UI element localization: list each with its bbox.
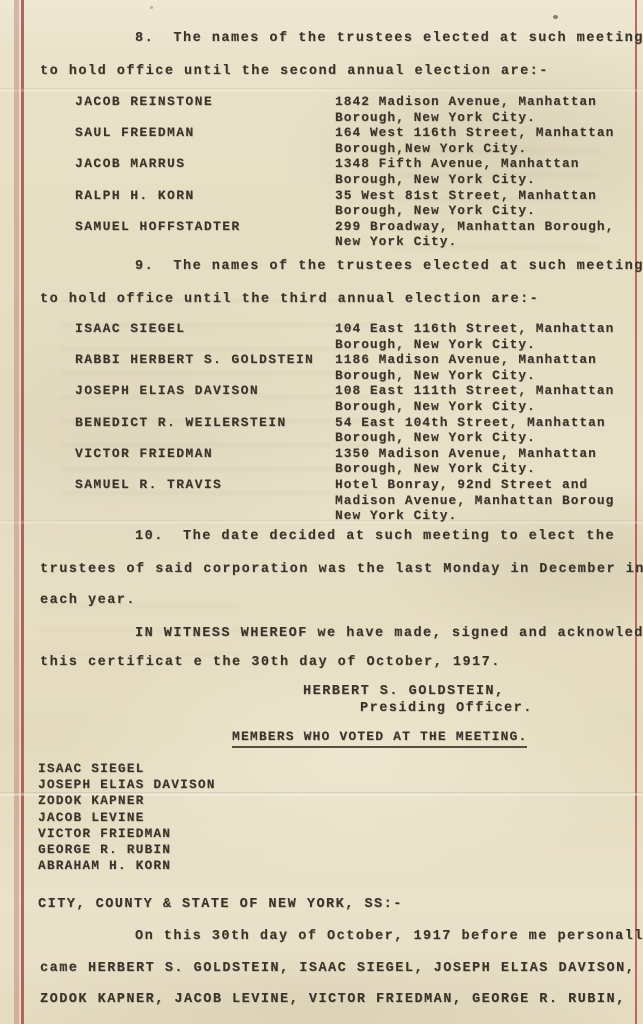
item-8-line-2: to hold office until the second annual e…	[40, 64, 549, 79]
trustee-name: BENEDICT R. WEILERSTEIN	[75, 415, 287, 430]
trustee-row: VICTOR FRIEDMAN 1350 Madison Avenue, Man…	[75, 446, 620, 477]
item-10-line-2: trustees of said corporation was the las…	[40, 562, 643, 577]
member-name: JOSEPH ELIAS DAVISON	[38, 777, 216, 793]
item-9-line-1: 9. The names of the trustees elected at …	[135, 259, 643, 274]
notary-line-2: came HERBERT S. GOLDSTEIN, ISAAC SIEGEL,…	[40, 961, 635, 976]
address-line: Borough, New York City.	[335, 461, 620, 477]
notary-line-1: On this 30th day of October, 1917 before…	[135, 929, 643, 944]
trustee-name: SAMUEL HOFFSTADTER	[75, 219, 241, 234]
address-line: Madison Avenue, Manhattan Boroug	[335, 493, 620, 509]
member-name: ABRAHAM H. KORN	[38, 858, 216, 874]
trustee-name: RALPH H. KORN	[75, 188, 195, 203]
trustee-address: 299 Broadway, Manhattan Borough,New York…	[335, 219, 620, 250]
ink-speck	[553, 15, 558, 19]
address-line: Hotel Bonray, 92nd Street and	[335, 477, 620, 493]
item-8-line-1: 8. The names of the trustees elected at …	[135, 31, 643, 46]
trustee-name: VICTOR FRIEDMAN	[75, 446, 213, 461]
trustee-address: 54 East 104th Street, ManhattanBorough, …	[335, 415, 620, 446]
trustee-name: RABBI HERBERT S. GOLDSTEIN	[75, 352, 314, 367]
member-name: JACOB LEVINE	[38, 810, 216, 826]
item-8-text: The names of the trustees elected at suc…	[173, 31, 643, 46]
trustee-row: ISAAC SIEGEL 104 East 116th Street, Manh…	[75, 321, 620, 352]
witness-line-1: IN WITNESS WHEREOF we have made, signed …	[135, 626, 643, 641]
item-10-gap	[164, 529, 183, 544]
notary-line-3: ZODOK KAPNER, JACOB LEVINE, VICTOR FRIED…	[40, 992, 626, 1007]
item-8-number: 8.	[135, 31, 154, 46]
trustee-address: 108 East 111th Street, ManhattanBorough,…	[335, 383, 620, 414]
trustee-row: JOSEPH ELIAS DAVISON 108 East 111th Stre…	[75, 383, 620, 414]
trustee-address: 1350 Madison Avenue, ManhattanBorough, N…	[335, 446, 620, 477]
address-line: Borough, New York City.	[335, 203, 620, 219]
address-line: 1842 Madison Avenue, Manhattan	[335, 94, 620, 110]
trustee-address: 1348 Fifth Avenue, ManhattanBorough, New…	[335, 156, 620, 187]
address-line: Borough, New York City.	[335, 337, 620, 353]
item-10-number: 10.	[135, 529, 164, 544]
signature-name: HERBERT S. GOLDSTEIN,	[303, 684, 505, 699]
item-10-text: The date decided at such meeting to elec…	[183, 529, 615, 544]
trustee-name: SAUL FREEDMAN	[75, 125, 195, 140]
member-name: VICTOR FRIEDMAN	[38, 826, 216, 842]
address-line: 1348 Fifth Avenue, Manhattan	[335, 156, 620, 172]
signature-title: Presiding Officer.	[360, 701, 533, 716]
trustee-address: 1186 Madison Avenue, ManhattanBorough, N…	[335, 352, 620, 383]
right-margin-rule	[635, 0, 637, 1024]
trustee-row: SAMUEL R. TRAVIS Hotel Bonray, 92nd Stre…	[75, 477, 620, 524]
address-line: New York City.	[335, 234, 620, 250]
address-line: Borough, New York City.	[335, 399, 620, 415]
ink-speck	[150, 6, 153, 9]
trustee-row: JACOB REINSTONE 1842 Madison Avenue, Man…	[75, 94, 620, 125]
address-line: Borough, New York City.	[335, 172, 620, 188]
left-margin-rule-inner	[21, 0, 24, 1024]
item-8-gap	[154, 31, 173, 46]
trustee-address: 104 East 116th Street, ManhattanBorough,…	[335, 321, 620, 352]
address-line: 104 East 116th Street, Manhattan	[335, 321, 620, 337]
trustee-row: JACOB MARRUS 1348 Fifth Avenue, Manhatta…	[75, 156, 620, 187]
trustee-address: 1842 Madison Avenue, ManhattanBorough, N…	[335, 94, 620, 125]
members-heading: MEMBERS WHO VOTED AT THE MEETING.	[232, 729, 527, 748]
address-line: Borough, New York City.	[335, 110, 620, 126]
trustee-row: SAUL FREEDMAN 164 West 116th Street, Man…	[75, 125, 620, 156]
trustee-name: ISAAC SIEGEL	[75, 321, 185, 336]
address-line: New York City.	[335, 508, 620, 524]
member-name: ZODOK KAPNER	[38, 793, 216, 809]
trustee-address: Hotel Bonray, 92nd Street andMadison Ave…	[335, 477, 620, 524]
trustee-name: JACOB MARRUS	[75, 156, 185, 171]
trustee-address: 35 West 81st Street, ManhattanBorough, N…	[335, 188, 620, 219]
trustees-third-election-list: ISAAC SIEGEL 104 East 116th Street, Manh…	[75, 321, 620, 524]
address-line: Borough,New York City.	[335, 141, 620, 157]
item-9-number: 9.	[135, 259, 154, 274]
address-line: 1350 Madison Avenue, Manhattan	[335, 446, 620, 462]
item-10-line-1: 10. The date decided at such meeting to …	[135, 529, 615, 544]
trustee-row: RABBI HERBERT S. GOLDSTEIN 1186 Madison …	[75, 352, 620, 383]
notary-venue: CITY, COUNTY & STATE OF NEW YORK, SS:-	[38, 897, 403, 912]
trustee-row: RALPH H. KORN 35 West 81st Street, Manha…	[75, 188, 620, 219]
item-9-line-2: to hold office until the third annual el…	[40, 292, 539, 307]
address-line: Borough, New York City.	[335, 430, 620, 446]
member-name: ISAAC SIEGEL	[38, 761, 216, 777]
paper-crease	[0, 88, 643, 92]
member-name: GEORGE R. RUBIN	[38, 842, 216, 858]
address-line: 108 East 111th Street, Manhattan	[335, 383, 620, 399]
trustee-row: SAMUEL HOFFSTADTER 299 Broadway, Manhatt…	[75, 219, 620, 250]
members-list: ISAAC SIEGEL JOSEPH ELIAS DAVISON ZODOK …	[38, 761, 216, 874]
left-margin-rule-outer	[14, 0, 19, 1024]
trustee-row: BENEDICT R. WEILERSTEIN 54 East 104th St…	[75, 415, 620, 446]
trustee-name: SAMUEL R. TRAVIS	[75, 477, 222, 492]
address-line: 54 East 104th Street, Manhattan	[335, 415, 620, 431]
scanned-document-page: 8. The names of the trustees elected at …	[0, 0, 643, 1024]
trustee-name: JACOB REINSTONE	[75, 94, 213, 109]
trustee-name: JOSEPH ELIAS DAVISON	[75, 383, 259, 398]
address-line: 35 West 81st Street, Manhattan	[335, 188, 620, 204]
trustee-address: 164 West 116th Street, ManhattanBorough,…	[335, 125, 620, 156]
item-9-text: The names of the trustees elected at suc…	[173, 259, 643, 274]
item-10-line-3: each year.	[40, 593, 136, 608]
address-line: 299 Broadway, Manhattan Borough,	[335, 219, 620, 235]
address-line: Borough, New York City.	[335, 368, 620, 384]
item-9-gap	[154, 259, 173, 274]
address-line: 164 West 116th Street, Manhattan	[335, 125, 620, 141]
witness-line-2: this certificat e the 30th day of Octobe…	[40, 655, 501, 670]
trustees-second-election-list: JACOB REINSTONE 1842 Madison Avenue, Man…	[75, 94, 620, 250]
address-line: 1186 Madison Avenue, Manhattan	[335, 352, 620, 368]
